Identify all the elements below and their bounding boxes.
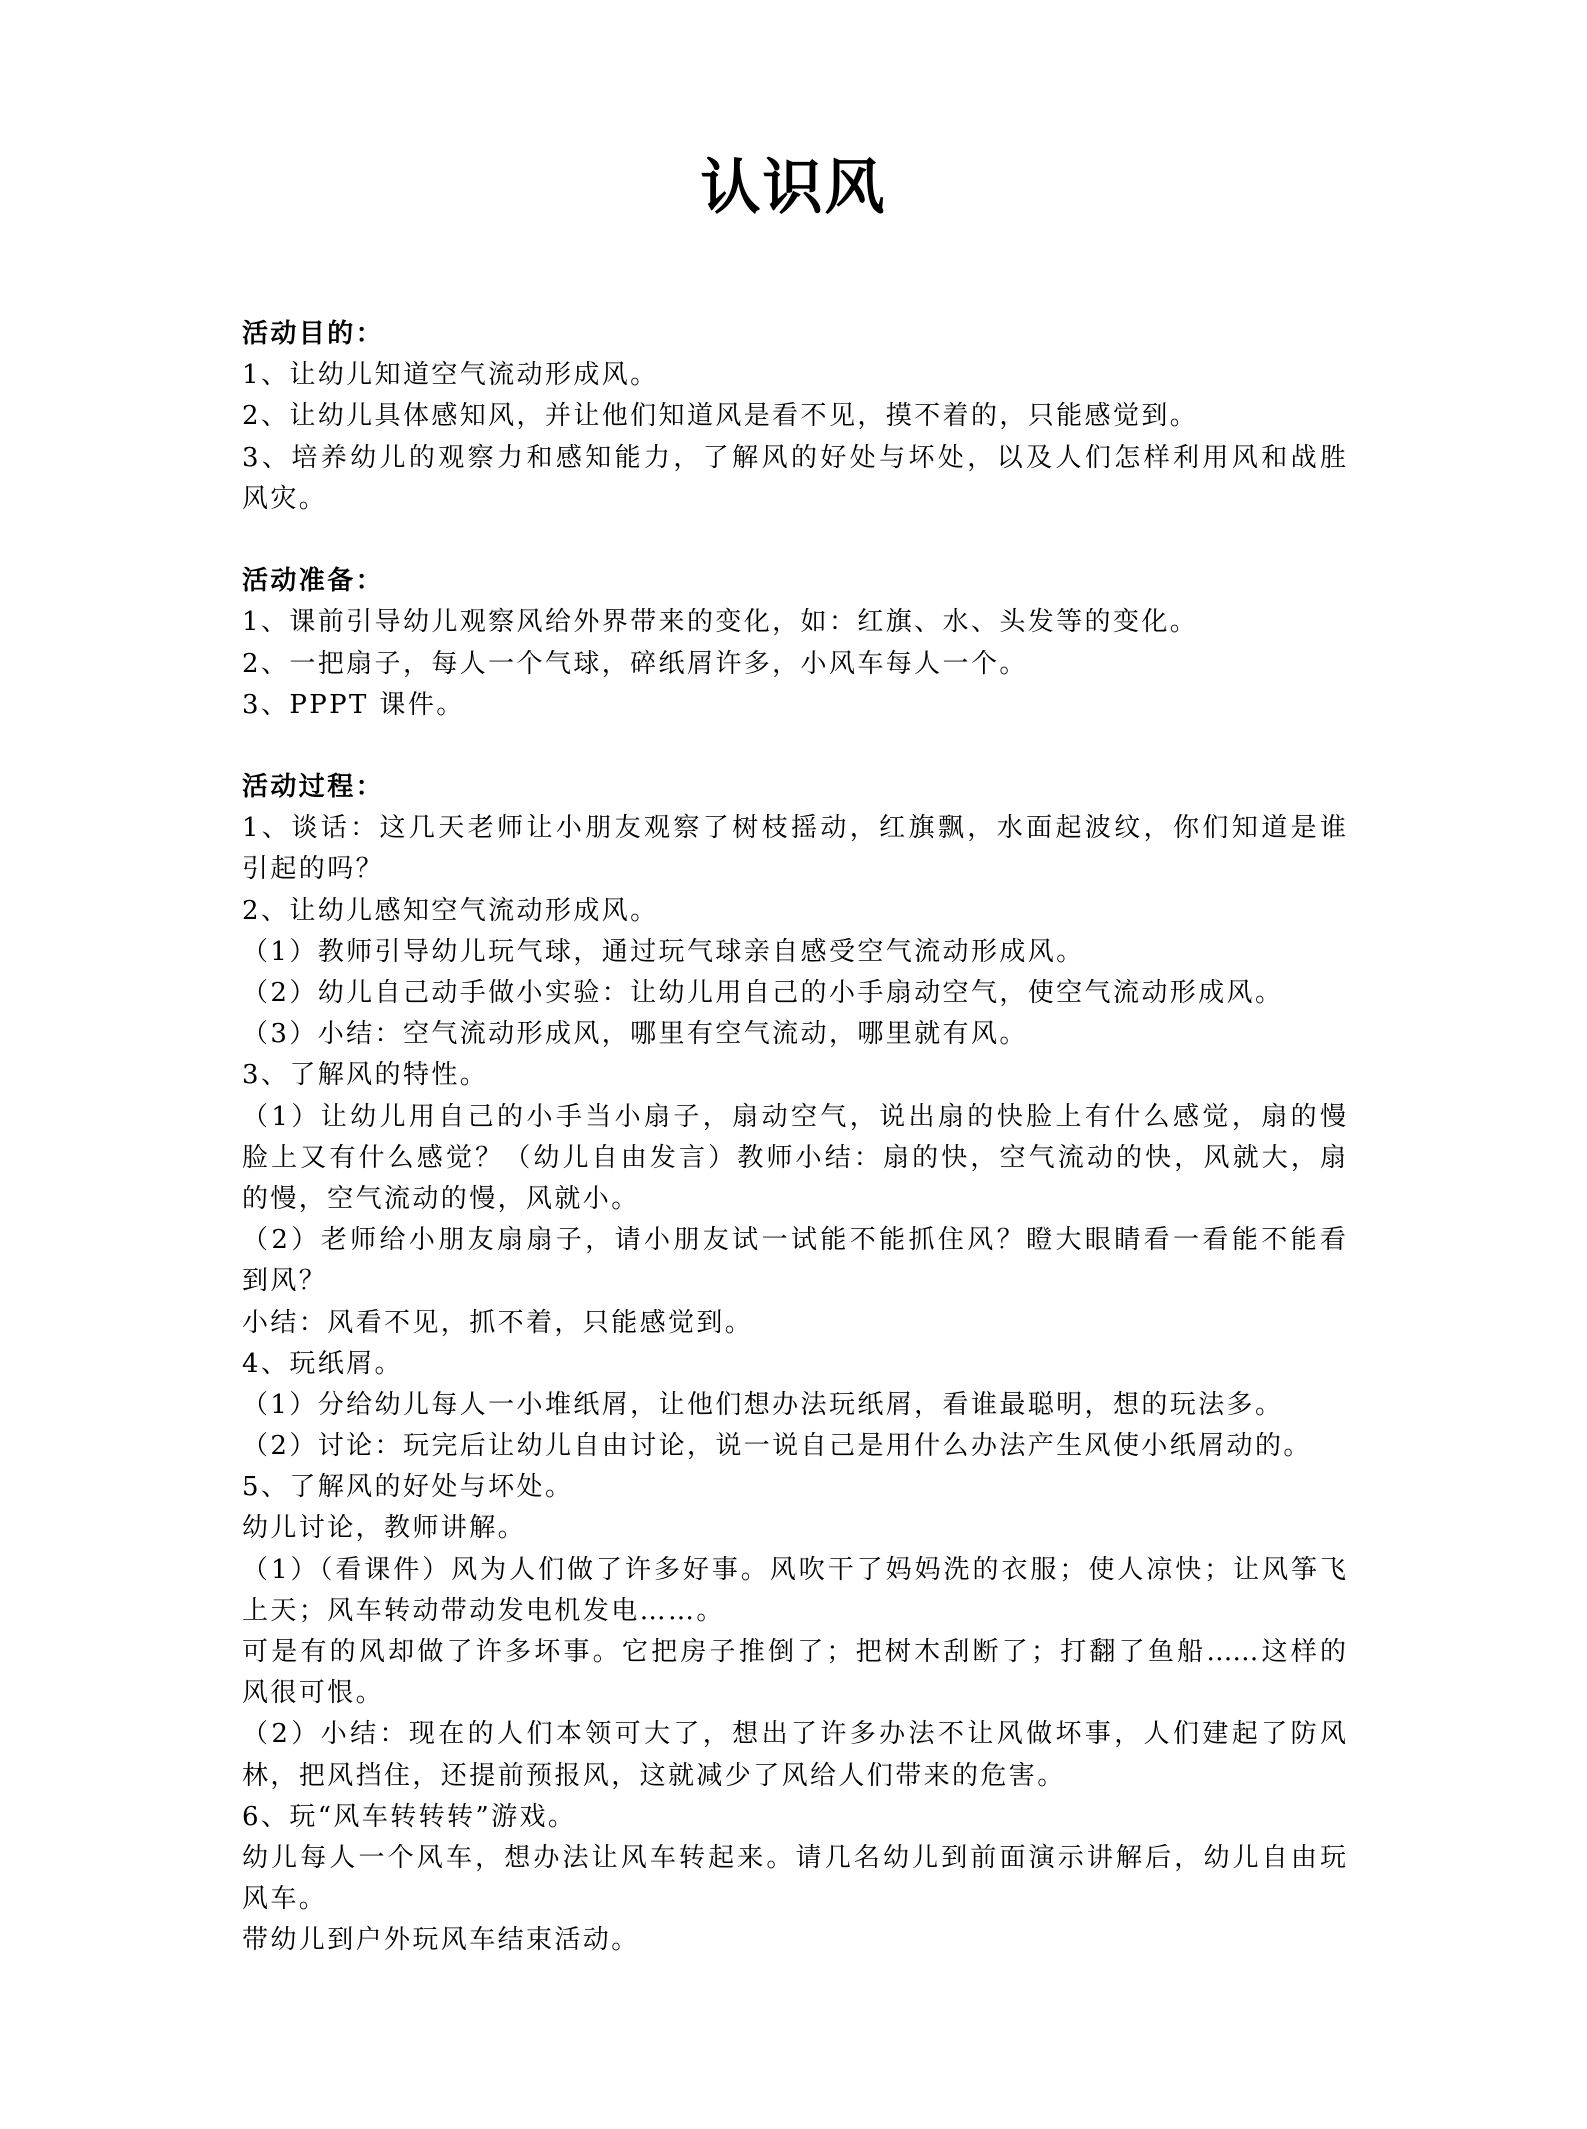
paragraph-line: 带幼儿到户外玩风车结束活动。 <box>242 1920 1346 1961</box>
paragraph-line: （1）（看课件）风为人们做了许多好事。风吹干了妈妈洗的衣服；使人凉快；让风筝飞 <box>242 1550 1346 1591</box>
blank-line <box>242 520 1346 561</box>
paragraph-line: （1）让幼儿用自己的小手当小扇子，扇动空气，说出扇的快脸上有什么感觉，扇的慢 <box>242 1097 1346 1138</box>
paragraph-line: 2、让幼儿感知空气流动形成风。 <box>242 891 1346 932</box>
paragraph-line: 林，把风挡住，还提前预报风，这就减少了风给人们带来的危害。 <box>242 1756 1346 1797</box>
paragraph-line: 3、了解风的特性。 <box>242 1055 1346 1096</box>
section-activity-process: 活动过程： 1、谈话：这几天老师让小朋友观察了树枝摇动，红旗飘，水面起波纹，你们… <box>242 767 1346 1961</box>
paragraph-line: 引起的吗？ <box>242 849 1346 890</box>
paragraph-line: （2）小结：现在的人们本领可大了，想出了许多办法不让风做坏事，人们建起了防风 <box>242 1714 1346 1755</box>
section-activity-goals: 活动目的： 1、让幼儿知道空气流动形成风。 2、让幼儿具体感知风，并让他们知道风… <box>242 314 1346 520</box>
paragraph-line: 幼儿每人一个风车，想办法让风车转起来。请几名幼儿到前面演示讲解后，幼儿自由玩 <box>242 1838 1346 1879</box>
paragraph-line: 上天；风车转动带动发电机发电……。 <box>242 1591 1346 1632</box>
blank-line <box>242 726 1346 767</box>
paragraph-line: 1、课前引导幼儿观察风给外界带来的变化，如：红旗、水、头发等的变化。 <box>242 602 1346 643</box>
paragraph-line: 1、让幼儿知道空气流动形成风。 <box>242 355 1346 396</box>
paragraph-line: （2）讨论：玩完后让幼儿自由讨论，说一说自己是用什么办法产生风使小纸屑动的。 <box>242 1426 1346 1467</box>
document-title: 认识风 <box>0 148 1587 228</box>
document-body: 活动目的： 1、让幼儿知道空气流动形成风。 2、让幼儿具体感知风，并让他们知道风… <box>242 314 1346 1962</box>
section-heading: 活动准备： <box>242 561 1346 602</box>
paragraph-line: 2、一把扇子，每人一个气球，碎纸屑许多，小风车每人一个。 <box>242 644 1346 685</box>
paragraph-line: 6、玩“风车转转转”游戏。 <box>242 1797 1346 1838</box>
section-heading: 活动目的： <box>242 314 1346 355</box>
paragraph-line: 到风？ <box>242 1261 1346 1302</box>
paragraph-line: 风车。 <box>242 1879 1346 1920</box>
paragraph-line: 5、了解风的好处与坏处。 <box>242 1467 1346 1508</box>
section-heading: 活动过程： <box>242 767 1346 808</box>
paragraph-line: 可是有的风却做了许多坏事。它把房子推倒了；把树木刮断了；打翻了鱼船……这样的 <box>242 1632 1346 1673</box>
section-activity-preparation: 活动准备： 1、课前引导幼儿观察风给外界带来的变化，如：红旗、水、头发等的变化。… <box>242 561 1346 726</box>
paragraph-line: 3、PPPT 课件。 <box>242 685 1346 726</box>
paragraph-line: 1、谈话：这几天老师让小朋友观察了树枝摇动，红旗飘，水面起波纹，你们知道是谁 <box>242 808 1346 849</box>
paragraph-line: （1）分给幼儿每人一小堆纸屑，让他们想办法玩纸屑，看谁最聪明，想的玩法多。 <box>242 1385 1346 1426</box>
document-page: 认识风 活动目的： 1、让幼儿知道空气流动形成风。 2、让幼儿具体感知风，并让他… <box>0 0 1587 2129</box>
paragraph-line: 风很可恨。 <box>242 1673 1346 1714</box>
paragraph-line: 的慢，空气流动的慢，风就小。 <box>242 1179 1346 1220</box>
paragraph-line: （2）幼儿自己动手做小实验：让幼儿用自己的小手扇动空气，使空气流动形成风。 <box>242 973 1346 1014</box>
paragraph-line: 小结：风看不见，抓不着，只能感觉到。 <box>242 1303 1346 1344</box>
paragraph-line: 风灾。 <box>242 479 1346 520</box>
paragraph-line: 3、培养幼儿的观察力和感知能力，了解风的好处与坏处，以及人们怎样利用风和战胜 <box>242 438 1346 479</box>
paragraph-line: （2）老师给小朋友扇扇子，请小朋友试一试能不能抓住风？瞪大眼睛看一看能不能看 <box>242 1220 1346 1261</box>
paragraph-line: 2、让幼儿具体感知风，并让他们知道风是看不见，摸不着的，只能感觉到。 <box>242 396 1346 437</box>
paragraph-line: （1）教师引导幼儿玩气球，通过玩气球亲自感受空气流动形成风。 <box>242 932 1346 973</box>
paragraph-line: 4、玩纸屑。 <box>242 1344 1346 1385</box>
paragraph-line: （3）小结：空气流动形成风，哪里有空气流动，哪里就有风。 <box>242 1014 1346 1055</box>
paragraph-line: 脸上又有什么感觉？（幼儿自由发言）教师小结：扇的快，空气流动的快，风就大，扇 <box>242 1138 1346 1179</box>
paragraph-line: 幼儿讨论，教师讲解。 <box>242 1508 1346 1549</box>
